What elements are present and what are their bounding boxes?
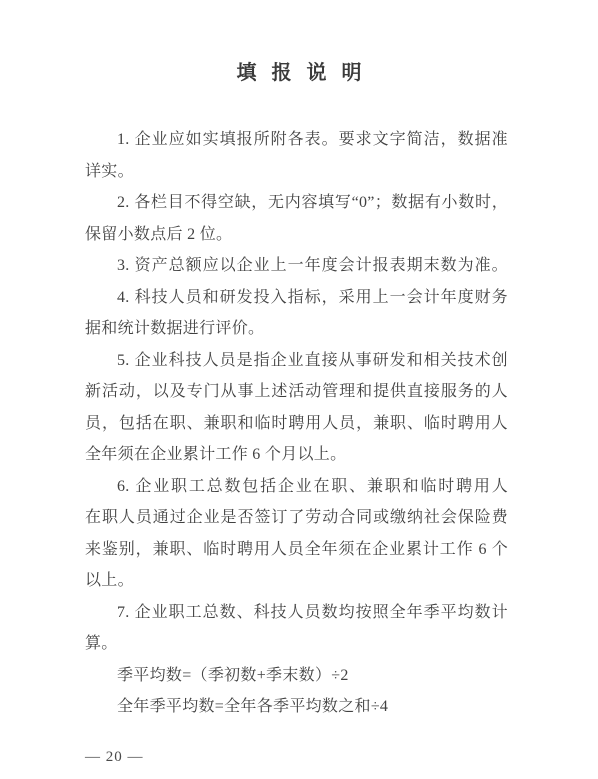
instruction-line: 员，包括在职、兼职和临时聘用人员，兼职、临时聘用人员 bbox=[85, 408, 508, 440]
instructions-body: 1. 企业应如实填报所附各表。要求文字简洁，数据准确、 详实。 2. 各栏目不得… bbox=[85, 124, 508, 723]
instruction-line: 新活动，以及专门从事上述活动管理和提供直接服务的人 bbox=[85, 376, 508, 408]
page-title: 填报说明 bbox=[0, 62, 598, 84]
instruction-line: 4. 科技人员和研发投入指标，采用上一会计年度财务数 bbox=[85, 282, 508, 314]
formula-line: 季平均数=（季初数+季末数）÷2 bbox=[85, 660, 508, 692]
instruction-line: 以上。 bbox=[85, 565, 508, 597]
instruction-line: 3. 资产总额应以企业上一年度会计报表期末数为准。 bbox=[85, 250, 508, 282]
instruction-line: 7. 企业职工总数、科技人员数均按照全年季平均数计 bbox=[85, 597, 508, 629]
instruction-line: 保留小数点后 2 位。 bbox=[85, 219, 508, 251]
instruction-line: 在职人员通过企业是否签订了劳动合同或缴纳社会保险费 bbox=[85, 502, 508, 534]
instruction-line: 2. 各栏目不得空缺，无内容填写“0”；数据有小数时， bbox=[85, 187, 508, 219]
instruction-line: 5. 企业科技人员是指企业直接从事研发和相关技术创 bbox=[85, 345, 508, 377]
instruction-line: 6. 企业职工总数包括企业在职、兼职和临时聘用人员。 bbox=[85, 471, 508, 503]
instruction-line: 1. 企业应如实填报所附各表。要求文字简洁，数据准确、 bbox=[85, 124, 508, 156]
formula-line: 全年季平均数=全年各季平均数之和÷4 bbox=[85, 691, 508, 723]
document-page: 填报说明 1. 企业应如实填报所附各表。要求文字简洁，数据准确、 详实。 2. … bbox=[0, 0, 598, 779]
instruction-line: 来鉴别，兼职、临时聘用人员全年须在企业累计工作 6 个月 bbox=[85, 534, 508, 566]
instruction-line: 详实。 bbox=[85, 156, 508, 188]
instruction-line: 算。 bbox=[85, 628, 508, 660]
instruction-line: 全年须在企业累计工作 6 个月以上。 bbox=[85, 439, 508, 471]
page-number: — 20 — bbox=[85, 749, 144, 766]
instruction-line: 据和统计数据进行评价。 bbox=[85, 313, 508, 345]
